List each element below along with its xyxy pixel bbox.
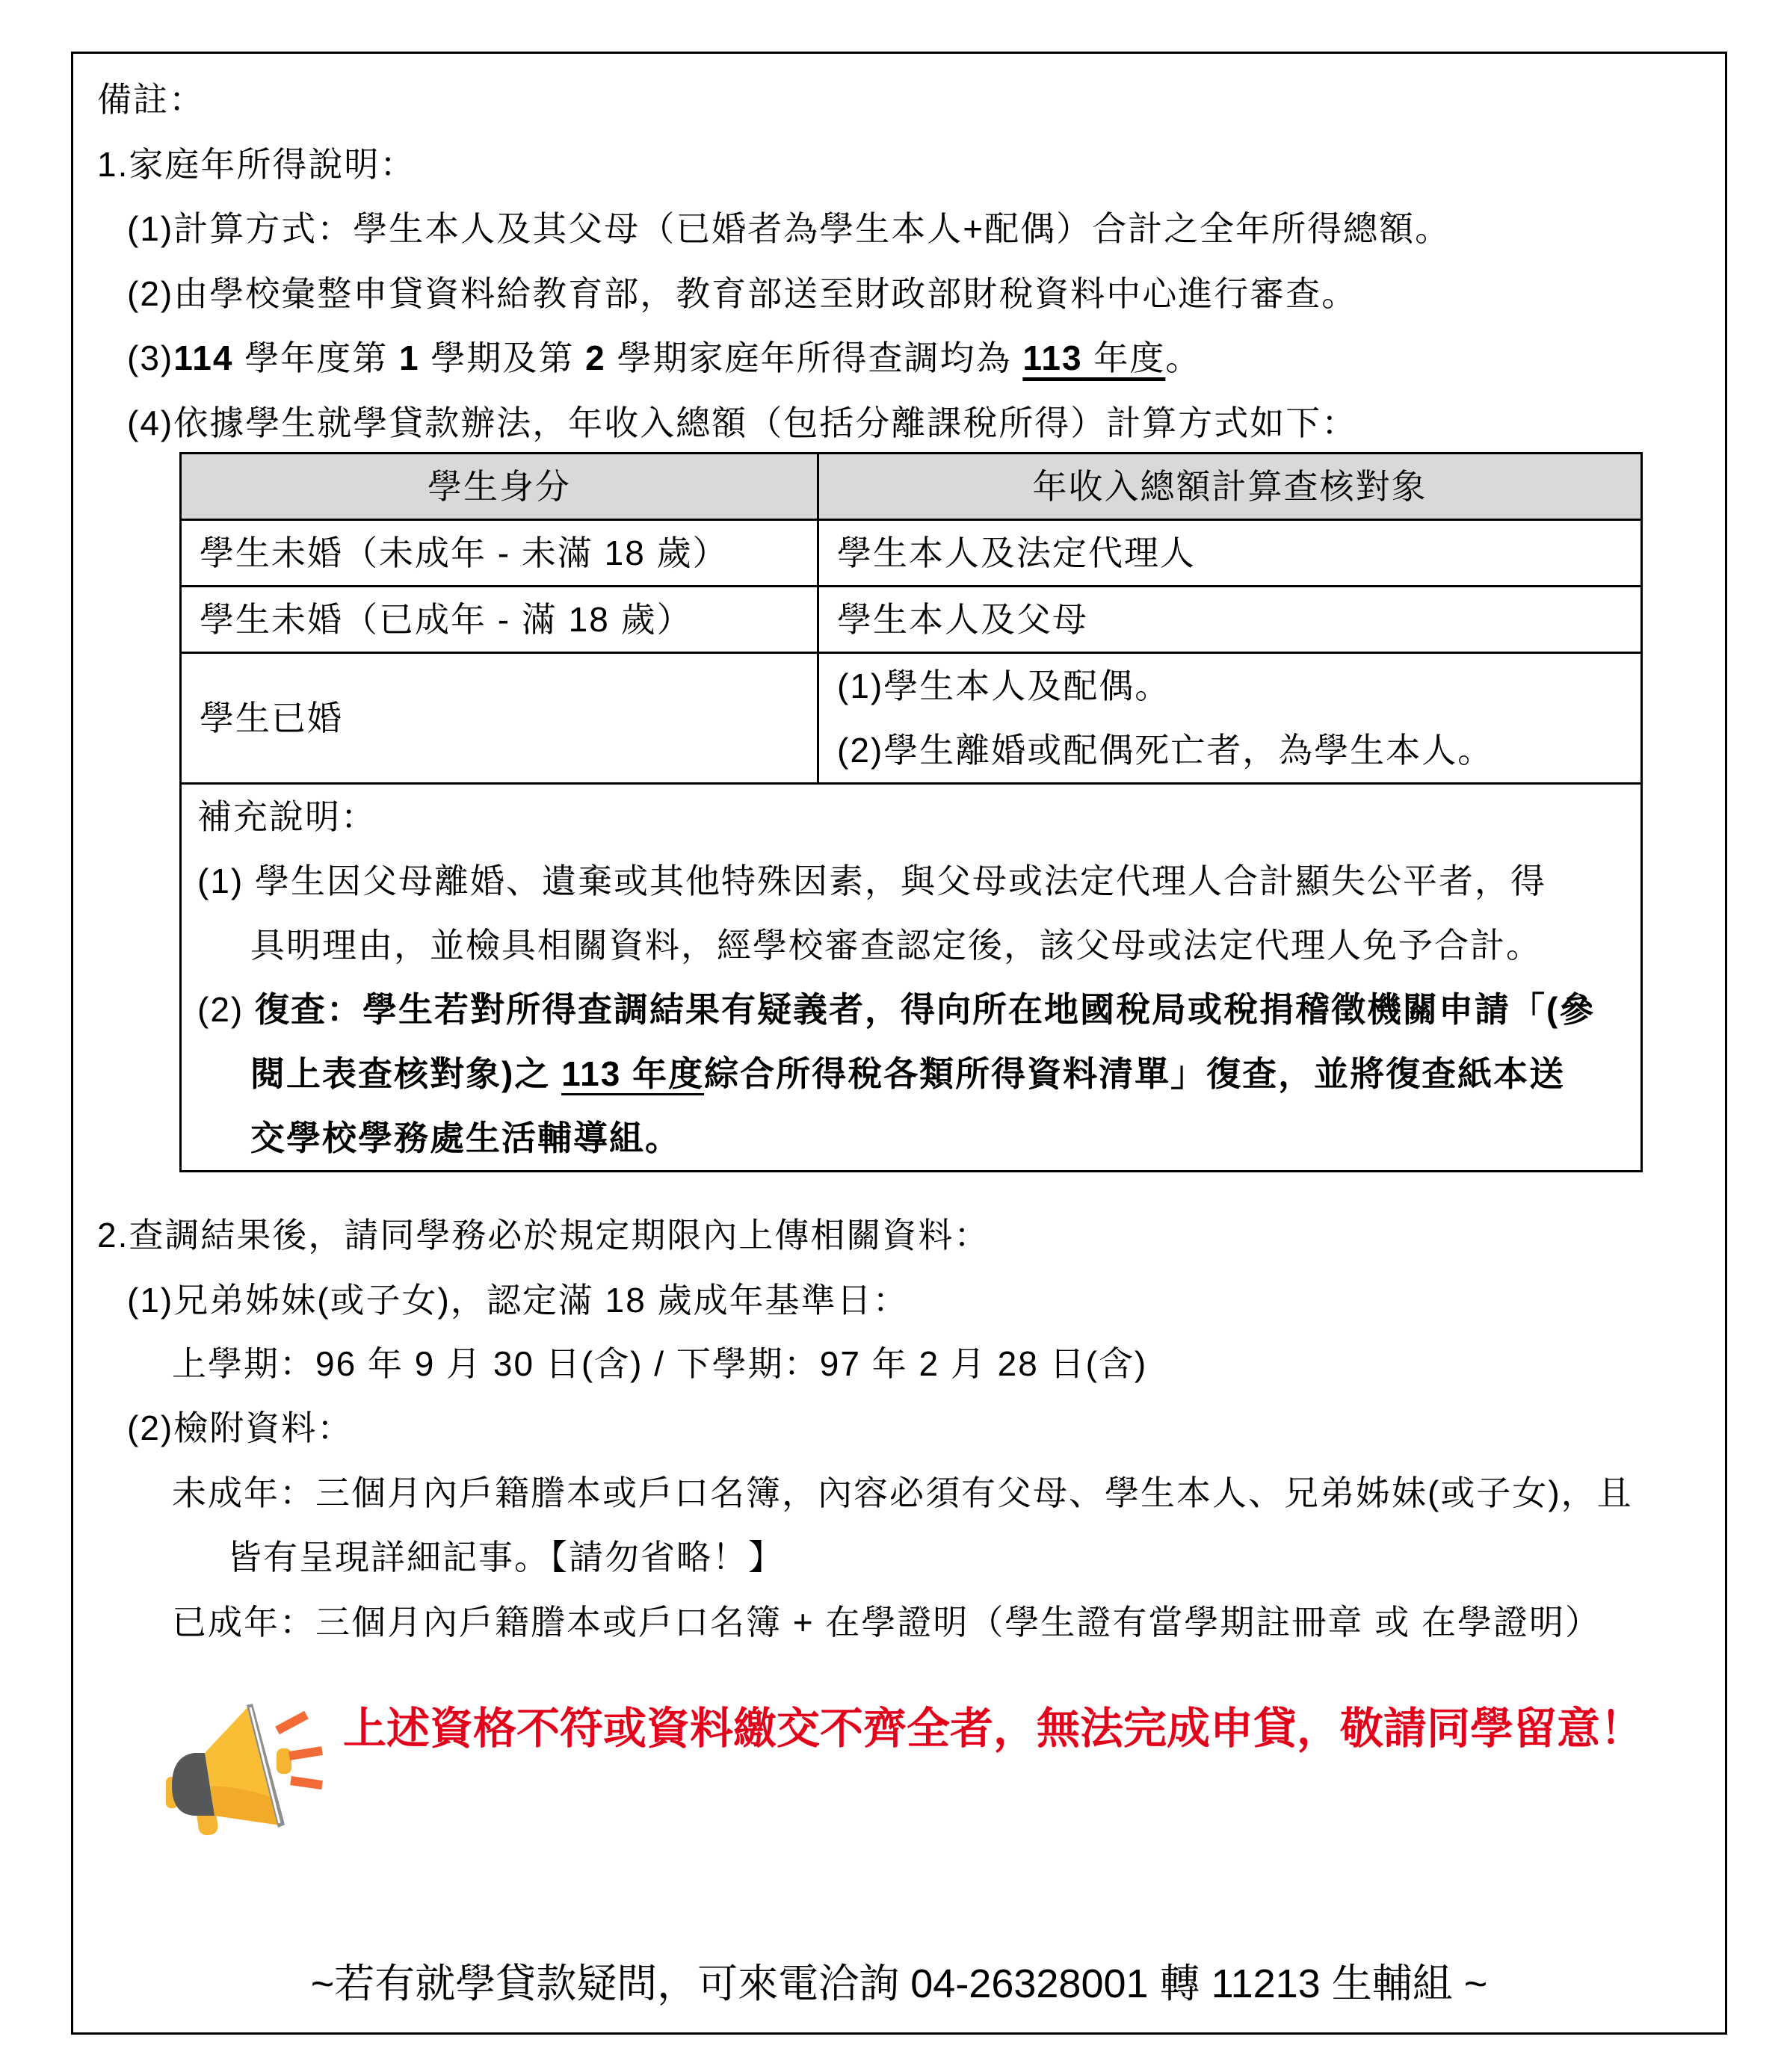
section1-item4: (4)依據學生就學貸款辦法，年收入總額（包括分離課稅所得）計算方式如下：	[127, 391, 1357, 455]
target-line: (1)學生本人及配偶。	[837, 654, 1640, 718]
tax-year-number: 113	[1022, 338, 1082, 377]
section2-minor-line1: 未成年：三個月內戶籍謄本或戶口名簿，內容必須有父母、學生本人、兄弟姊妹(或子女)…	[172, 1461, 1633, 1525]
table-row: 學生已婚 (1)學生本人及配偶。 (2)學生離婚或配偶死亡者，為學生本人。	[181, 653, 1642, 784]
section1-item3: (3)114 學年度第 1 學期及第 2 學期家庭年所得查調均為 113 年度。	[127, 326, 1201, 390]
section2-item1-dates: 上學期：96 年 9 月 30 日(含) / 下學期：97 年 2 月 28 日…	[172, 1332, 1147, 1396]
table-row: 學生未婚（已成年 - 滿 18 歲） 學生本人及父母	[181, 587, 1642, 653]
item3-text1: 學年度第	[233, 338, 399, 377]
supplement-note2-line3: 交學校學務處生活輔導組。	[197, 1106, 1640, 1170]
note2-text: 綜合所得稅各類所得資料清單」復查，並將復查紙本送	[704, 1054, 1565, 1093]
academic-year: 114	[173, 338, 233, 377]
remarks-title: 備註：	[97, 67, 205, 132]
header-student-status: 學生身分	[181, 454, 818, 520]
warning-text: 上述資格不符或資料繳交不齊全者，無法完成申貸，敬請同學留意！	[343, 1697, 1643, 1761]
supplement-cell: 補充說明： (1) 學生因父母離婚、遺棄或其他特殊因素，與父母或法定代理人合計顯…	[181, 784, 1642, 1172]
target-line: (2)學生離婚或配偶死亡者，為學生本人。	[837, 718, 1640, 782]
status-cell: 學生未婚（未成年 - 未滿 18 歲）	[181, 520, 818, 587]
semester1: 1	[399, 338, 420, 377]
section1-heading: 1.家庭年所得說明：	[97, 132, 416, 197]
section2-minor-line2: 皆有呈現詳細記事。【請勿省略！】	[227, 1525, 784, 1589]
supplement-title: 補充說明：	[197, 785, 1640, 849]
note2-text: 閱上表查核對象)之	[250, 1054, 561, 1093]
supplement-note2-line2: 閱上表查核對象)之 113 年度綜合所得稅各類所得資料清單」復查，並將復查紙本送	[197, 1042, 1640, 1106]
status-cell: 學生未婚（已成年 - 滿 18 歲）	[181, 587, 818, 653]
section1-item2: (2)由學校彙整申貸資料給教育部，教育部送至財政部財稅資料中心進行審查。	[127, 262, 1357, 326]
section2-item1-label: (1)兄弟姊妹(或子女)，認定滿 18 歲成年基準日：	[127, 1268, 909, 1332]
item3-text3: 學期家庭年所得查調均為	[606, 338, 1023, 377]
status-cell: 學生已婚	[181, 653, 818, 784]
item3-text2: 學期及第	[420, 338, 586, 377]
supplement-note2-line1: (2) 復查：學生若對所得查調結果有疑義者，得向所在地國稅局或稅捐稽徵機關申請「…	[197, 977, 1640, 1042]
note2-number: (2)	[197, 990, 255, 1029]
targets-cell: 學生本人及法定代理人	[818, 520, 1642, 587]
section2-heading: 2.查調結果後，請同學務必於規定期限內上傳相關資料：	[97, 1203, 990, 1267]
table-header-row: 學生身分 年收入總額計算查核對象	[181, 454, 1642, 520]
section2-adult: 已成年：三個月內戶籍謄本或戶口名簿 + 在學證明（學生證有當學期註冊章 或 在學…	[172, 1590, 1601, 1654]
item3-prefix: (3)	[127, 338, 173, 377]
table-row: 學生未婚（未成年 - 未滿 18 歲） 學生本人及法定代理人	[181, 520, 1642, 587]
targets-cell: (1)學生本人及配偶。 (2)學生離婚或配偶死亡者，為學生本人。	[818, 653, 1642, 784]
supplement-note1-line2: 具明理由，並檢具相關資料，經學校審查認定後，該父母或法定代理人免予合計。	[197, 913, 1640, 977]
megaphone-icon	[164, 1704, 329, 1838]
targets-cell: 學生本人及父母	[818, 587, 1642, 653]
note2-tax-year: 113 年度	[561, 1054, 704, 1093]
note2-text: 復查：學生若對所得查調結果有疑義者，得向所在地國稅局或稅捐稽徵機關申請「(參	[255, 990, 1595, 1029]
income-calculation-table: 學生身分 年收入總額計算查核對象 學生未婚（未成年 - 未滿 18 歲） 學生本…	[179, 452, 1643, 1172]
item3-end: 。	[1165, 338, 1201, 377]
section2-item2-label: (2)檢附資料：	[127, 1396, 353, 1460]
supplement-note1-line1: (1) 學生因父母離婚、遺棄或其他特殊因素，與父母或法定代理人合計顯失公平者，得	[197, 849, 1640, 913]
tax-year-unit: 年度	[1083, 338, 1166, 377]
header-income-targets: 年收入總額計算查核對象	[818, 454, 1642, 520]
tax-year-underlined: 113 年度	[1022, 338, 1165, 377]
section1-item1: (1)計算方式：學生本人及其父母（已婚者為學生本人+配偶）合計之全年所得總額。	[127, 197, 1451, 261]
supplement-row: 補充說明： (1) 學生因父母離婚、遺棄或其他特殊因素，與父母或法定代理人合計顯…	[181, 784, 1642, 1172]
contact-info: ~若有就學貸款疑問，可來電洽詢 04-26328001 轉 11213 生輔組 …	[71, 1952, 1727, 2016]
semester2: 2	[585, 338, 606, 377]
